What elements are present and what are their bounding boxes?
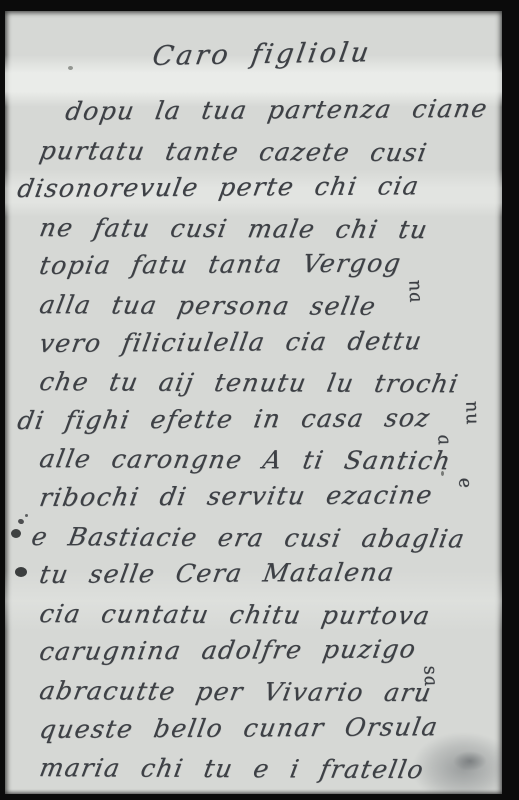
letter-line-text: alla tua persona selle <box>37 290 379 321</box>
letter-line-text: ne fatu cusi male chi tu <box>37 213 430 244</box>
letter-body: dopu la tua partenza cianepurtatu tante … <box>29 97 502 792</box>
letter-line-text: topia fatu tanta Vergog <box>37 249 404 281</box>
letter-line-text: abracutte per Vivario aru <box>37 676 434 707</box>
ink-blot <box>15 567 27 577</box>
letter-line: vero filiciulella cia dettu <box>26 325 502 367</box>
letter-line: ribochi di servitu ezacine <box>26 480 502 522</box>
letter-line: alla tua persona selle <box>25 290 502 331</box>
letter-line-text: ribochi di servitu ezacine <box>37 480 435 512</box>
letter-line-text: carugnina adolfre puzigo <box>37 635 419 667</box>
letter-line: di fighi efette in casa soza <box>14 402 502 444</box>
letter-line-text: dopu la tua partenza ciane <box>63 94 490 126</box>
letter-line-text: disonorevule perte chi cia <box>15 171 422 203</box>
letter-line-text: alle carongne A ti Santich <box>37 444 454 475</box>
letter-line: disonorevule perte chi cia <box>14 171 502 213</box>
letter-line-text: tu selle Cera Matalena <box>37 558 397 589</box>
letter-line: topia fatu tanta Vergogna <box>26 248 502 290</box>
letter-salutation: Caro figliolu <box>150 37 374 72</box>
paper-speck <box>68 66 73 70</box>
letter-line: che tu aij tenutu lu trochinu <box>25 367 502 408</box>
letter-line-text: che tu aij tenutu lu trochi <box>37 367 461 398</box>
letter-line: tu selle Cera Matalena <box>26 557 502 599</box>
letter-line-text: e Bastiacie era cusi abaglia <box>29 522 468 553</box>
letter-line-text: vero filiciulella cia dettu <box>37 326 425 358</box>
letter-line: carugnina adolfre puzigosa <box>26 634 502 676</box>
paper-speck <box>441 471 444 476</box>
letter-line: abracutte per Vivario aru <box>25 676 502 717</box>
ink-blot <box>25 514 28 517</box>
ink-blot <box>17 518 24 525</box>
letter-line: dopu la tua partenza ciane <box>26 94 502 136</box>
smudge <box>453 751 487 771</box>
letter-line-text: cia cuntatu chitu purtova <box>37 599 433 630</box>
letter-line-text: purtatu tante cazete cusi <box>37 136 430 167</box>
ink-blot <box>11 529 21 538</box>
letter-line-text: di fighi efette in casa soz <box>15 403 433 435</box>
scan-backdrop: Caro figliolu dopu la tua partenza ciane… <box>0 0 519 800</box>
letter-line-text: maria chi tu e i fratello <box>37 753 427 784</box>
letter-paper: Caro figliolu dopu la tua partenza ciane… <box>5 11 502 794</box>
letter-line-text: queste bello cunar Orsula <box>37 712 440 744</box>
